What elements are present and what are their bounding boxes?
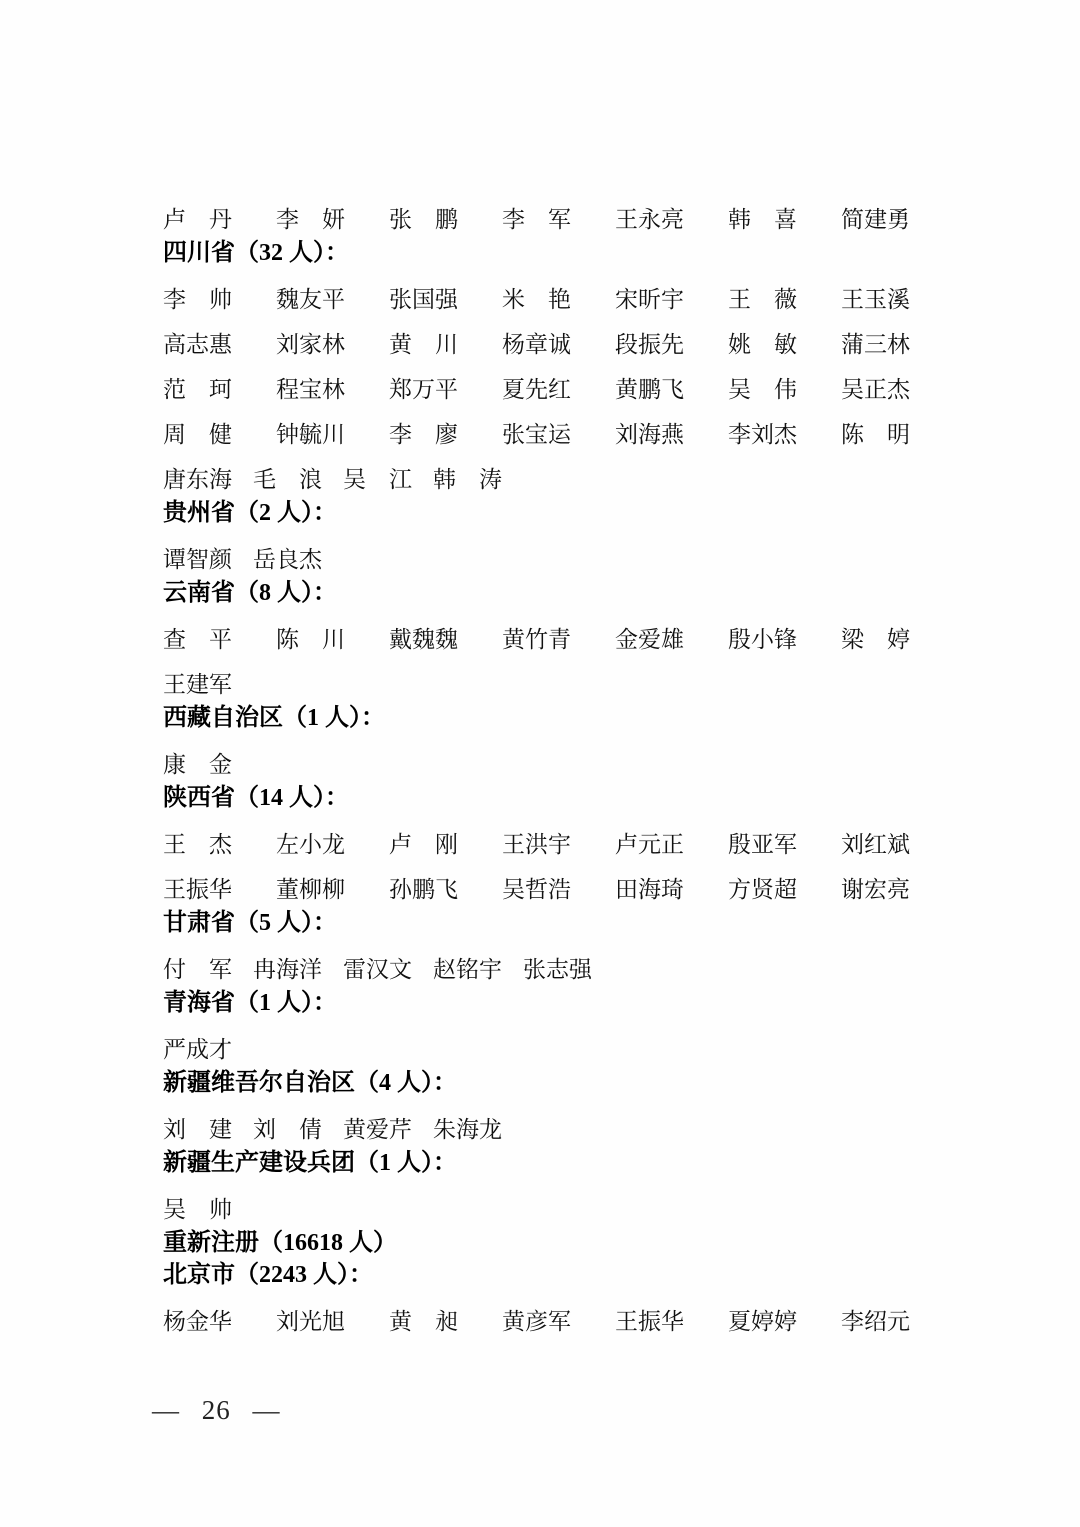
- name-cell: 张 鹏: [389, 208, 458, 232]
- name-cell: 王建军: [163, 673, 232, 697]
- name-row: 吴 帅: [163, 1198, 910, 1222]
- name-cell: 范 珂: [163, 378, 232, 402]
- name-cell: 谢宏亮: [841, 878, 910, 902]
- name-cell: 唐东海: [163, 468, 232, 492]
- name-cell: 王玉溪: [841, 288, 910, 312]
- name-cell: 刘海燕: [615, 423, 684, 447]
- province-header: 北京市（2243 人）：: [163, 1262, 910, 1288]
- name-cell: 王振华: [615, 1310, 684, 1334]
- name-cell: 王永亮: [615, 208, 684, 232]
- name-cell: 卢 丹: [163, 208, 232, 232]
- name-cell: 刘光旭: [276, 1310, 345, 1334]
- name-cell: 卢元正: [615, 833, 684, 857]
- name-row: 范 珂程宝林郑万平夏先红黄鹏飞吴 伟吴正杰: [163, 378, 910, 402]
- province-header: 云南省（8 人）：: [163, 580, 910, 606]
- name-cell: 雷汉文: [343, 958, 412, 982]
- name-row: 唐东海毛 浪吴 江韩 涛: [163, 468, 910, 492]
- name-cell: 杨金华: [163, 1310, 232, 1334]
- province-header: 新疆生产建设兵团（1 人）：: [163, 1150, 910, 1176]
- name-cell: 郑万平: [389, 378, 458, 402]
- name-cell: 黄爱芹: [343, 1118, 412, 1142]
- name-cell: 夏婷婷: [728, 1310, 797, 1334]
- name-cell: 岳良杰: [253, 548, 322, 572]
- name-row: 刘 建刘 倩黄爱芹朱海龙: [163, 1118, 910, 1142]
- name-row: 杨金华刘光旭黄 昶黄彦军王振华夏婷婷李绍元: [163, 1310, 910, 1334]
- name-cell: 王 杰: [163, 833, 232, 857]
- name-cell: 黄鹏飞: [615, 378, 684, 402]
- name-cell: 吴正杰: [841, 378, 910, 402]
- name-cell: 吴 帅: [163, 1198, 232, 1222]
- name-row: 付 军冉海洋雷汉文赵铭宇张志强: [163, 958, 910, 982]
- name-cell: 段振先: [615, 333, 684, 357]
- page-number: — 26 —: [152, 1396, 281, 1424]
- name-cell: 戴魏魏: [389, 628, 458, 652]
- name-cell: 韩 喜: [728, 208, 797, 232]
- name-cell: 程宝林: [276, 378, 345, 402]
- name-row: 查 平陈 川戴魏魏黄竹青金爱雄殷小锋梁 婷: [163, 628, 910, 652]
- name-cell: 黄 川: [389, 333, 458, 357]
- name-row: 高志惠刘家林黄 川杨章诚段振先姚 敏蒲三林: [163, 333, 910, 357]
- name-cell: 高志惠: [163, 333, 232, 357]
- name-cell: 查 平: [163, 628, 232, 652]
- province-header: 四川省（32 人）：: [163, 240, 910, 266]
- name-cell: 李 帅: [163, 288, 232, 312]
- name-cell: 夏先红: [502, 378, 571, 402]
- name-cell: 赵铭宇: [433, 958, 502, 982]
- province-header: 重新注册（16618 人）: [163, 1230, 910, 1256]
- name-cell: 李 妍: [276, 208, 345, 232]
- name-cell: 刘家林: [276, 333, 345, 357]
- name-cell: 谭智颜: [163, 548, 232, 572]
- name-cell: 康 金: [163, 753, 232, 777]
- name-row: 周 健钟毓川李 廖张宝运刘海燕李刘杰陈 明: [163, 423, 910, 447]
- name-cell: 陈 川: [276, 628, 345, 652]
- name-cell: 杨章诚: [502, 333, 571, 357]
- name-cell: 付 军: [163, 958, 232, 982]
- name-cell: 孙鹏飞: [389, 878, 458, 902]
- province-header: 青海省（1 人）：: [163, 990, 910, 1016]
- name-row: 王振华董柳柳孙鹏飞吴哲浩田海琦方贤超谢宏亮: [163, 878, 910, 902]
- name-row: 王 杰左小龙卢 刚王洪宇卢元正殷亚军刘红斌: [163, 833, 910, 857]
- name-cell: 吴哲浩: [502, 878, 571, 902]
- name-cell: 李 廖: [389, 423, 458, 447]
- name-cell: 黄竹青: [502, 628, 571, 652]
- name-cell: 姚 敏: [728, 333, 797, 357]
- province-header: 西藏自治区（1 人）：: [163, 705, 910, 731]
- name-cell: 张志强: [523, 958, 592, 982]
- name-row: 李 帅魏友平张国强米 艳宋昕宇王 薇王玉溪: [163, 288, 910, 312]
- name-row: 康 金: [163, 753, 910, 777]
- name-cell: 王振华: [163, 878, 232, 902]
- name-cell: 钟毓川: [276, 423, 345, 447]
- name-cell: 吴 江: [343, 468, 412, 492]
- name-cell: 张宝运: [502, 423, 571, 447]
- name-cell: 左小龙: [276, 833, 345, 857]
- name-cell: 金爱雄: [615, 628, 684, 652]
- name-cell: 米 艳: [502, 288, 571, 312]
- name-cell: 殷亚军: [728, 833, 797, 857]
- province-header: 甘肃省（5 人）：: [163, 910, 910, 936]
- name-row: 卢 丹李 妍张 鹏李 军王永亮韩 喜简建勇: [163, 208, 910, 232]
- province-header: 贵州省（2 人）：: [163, 500, 910, 526]
- name-cell: 陈 明: [841, 423, 910, 447]
- name-cell: 简建勇: [841, 208, 910, 232]
- name-cell: 冉海洋: [253, 958, 322, 982]
- name-cell: 殷小锋: [728, 628, 797, 652]
- province-header: 陕西省（14 人）：: [163, 785, 910, 811]
- name-cell: 方贤超: [728, 878, 797, 902]
- name-cell: 严成才: [163, 1038, 232, 1062]
- name-cell: 梁 婷: [841, 628, 910, 652]
- name-row: 严成才: [163, 1038, 910, 1062]
- name-cell: 李刘杰: [728, 423, 797, 447]
- name-cell: 毛 浪: [253, 468, 322, 492]
- name-cell: 朱海龙: [433, 1118, 502, 1142]
- name-cell: 刘 倩: [253, 1118, 322, 1142]
- name-cell: 刘红斌: [841, 833, 910, 857]
- name-cell: 卢 刚: [389, 833, 458, 857]
- name-cell: 吴 伟: [728, 378, 797, 402]
- name-cell: 宋昕宇: [615, 288, 684, 312]
- name-cell: 周 健: [163, 423, 232, 447]
- name-row: 谭智颜岳良杰: [163, 548, 910, 572]
- name-cell: 蒲三林: [841, 333, 910, 357]
- name-cell: 王 薇: [728, 288, 797, 312]
- name-cell: 魏友平: [276, 288, 345, 312]
- province-header: 新疆维吾尔自治区（4 人）：: [163, 1070, 910, 1096]
- name-cell: 韩 涛: [433, 468, 502, 492]
- name-cell: 李绍元: [841, 1310, 910, 1334]
- name-cell: 李 军: [502, 208, 571, 232]
- name-row: 王建军: [163, 673, 910, 697]
- name-cell: 王洪宇: [502, 833, 571, 857]
- name-cell: 田海琦: [615, 878, 684, 902]
- name-cell: 张国强: [389, 288, 458, 312]
- name-cell: 黄 昶: [389, 1310, 458, 1334]
- name-list: 卢 丹李 妍张 鹏李 军王永亮韩 喜简建勇四川省（32 人）：李 帅魏友平张国强…: [163, 208, 910, 1334]
- name-cell: 董柳柳: [276, 878, 345, 902]
- name-cell: 刘 建: [163, 1118, 232, 1142]
- document-page: 卢 丹李 妍张 鹏李 军王永亮韩 喜简建勇四川省（32 人）：李 帅魏友平张国强…: [0, 0, 1080, 1527]
- name-cell: 黄彦军: [502, 1310, 571, 1334]
